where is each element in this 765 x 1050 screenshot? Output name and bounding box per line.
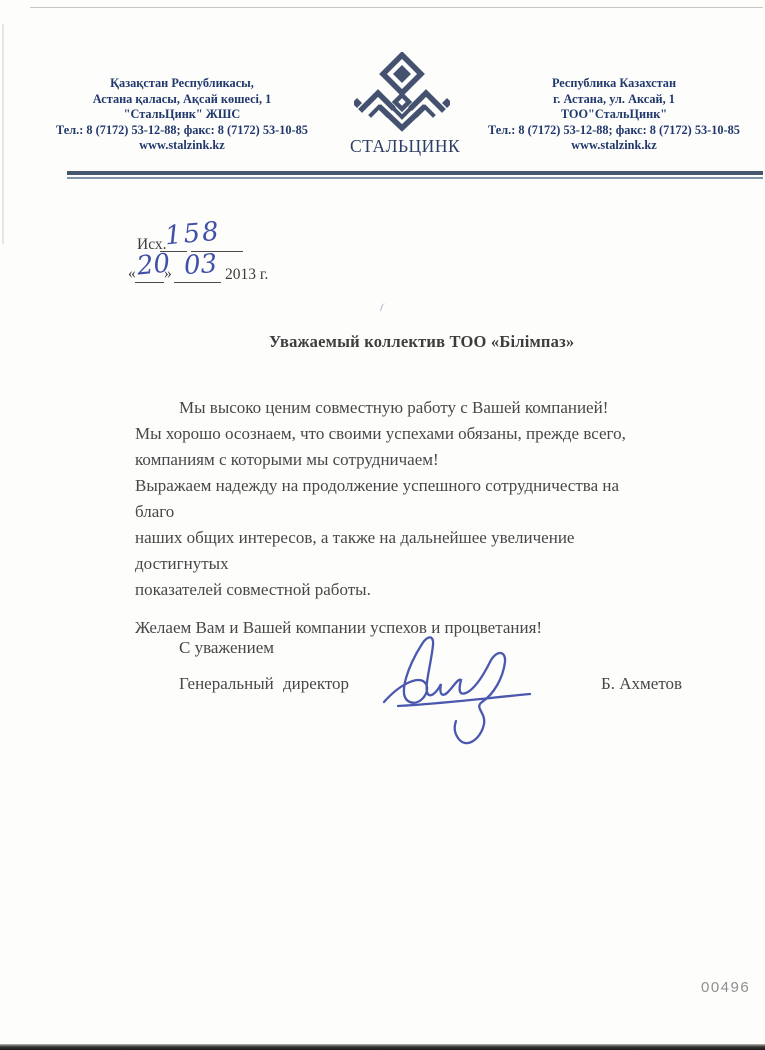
date-year: 2013 г.	[225, 266, 268, 284]
stray-pen-mark	[380, 302, 388, 312]
body-line: Мы высоко ценим совместную работу с Ваше…	[135, 395, 651, 421]
company-address-kazakh: Қазақстан Республикасы, Астана қаласы, А…	[36, 76, 328, 154]
date-quote-close: »	[164, 265, 172, 283]
address-line: Тел.: 8 (7172) 53-12-88; факс: 8 (7172) …	[36, 123, 328, 139]
ref-out-number-handwritten: 158	[164, 217, 222, 252]
stalzink-logo-icon	[354, 52, 450, 132]
date-month-handwritten: 03	[183, 249, 218, 281]
header-divider-thick	[67, 171, 763, 175]
scanned-letter-page: Қазақстан Республикасы, Астана қаласы, А…	[0, 0, 765, 1050]
signer-name: Б. Ахметов	[601, 674, 682, 694]
body-line: показателей совместной работы.	[135, 577, 651, 603]
address-line: Астана қаласы, Ақсай көшесі, 1	[36, 92, 328, 108]
signer-role: Генеральный директор	[179, 674, 349, 694]
address-line: "СтальЦинк" ЖШС	[36, 107, 328, 123]
stalzink-logo: СТАЛЬЦИНК	[350, 52, 454, 157]
address-line: ТОО"СтальЦинк"	[466, 107, 762, 123]
company-address-russian: Республика Казахстан г. Астана, ул. Акса…	[466, 76, 762, 154]
body-line: Выражаем надежду на продолжение успешног…	[135, 473, 651, 525]
address-line: Қазақстан Республикасы,	[36, 76, 328, 92]
letter-body: Мы высоко ценим совместную работу с Ваше…	[135, 395, 651, 641]
logo-wordmark: СТАЛЬЦИНК	[350, 136, 454, 157]
date-underline	[174, 282, 221, 283]
body-line: компаниям с которыми мы сотрудничаем!	[135, 447, 651, 473]
letter-salutation: Уважаемый коллектив ТОО «Білімпаз»	[269, 332, 574, 352]
scan-top-edge-line	[30, 7, 763, 8]
date-quote-open: «	[128, 265, 136, 283]
director-signature-scrawl	[376, 622, 546, 754]
doc-serial-number: 00496	[701, 979, 750, 996]
company-website: www.stalzink.kz	[466, 138, 762, 154]
address-line: Республика Казахстан	[466, 76, 762, 92]
body-line: наших общих интересов, а также на дальне…	[135, 525, 651, 577]
address-line: г. Астана, ул. Аксай, 1	[466, 92, 762, 108]
address-line: Тел.: 8 (7172) 53-12-88; факс: 8 (7172) …	[466, 123, 762, 139]
scan-bottom-edge-line	[0, 1044, 765, 1050]
closing-line: С уважением	[179, 638, 274, 658]
header-divider-thin	[67, 177, 763, 179]
body-line: Мы хорошо осознаем, что своими успехами …	[135, 421, 651, 447]
company-website: www.stalzink.kz	[36, 138, 328, 154]
date-underline	[135, 282, 164, 283]
scan-left-edge-shadow	[2, 24, 4, 244]
